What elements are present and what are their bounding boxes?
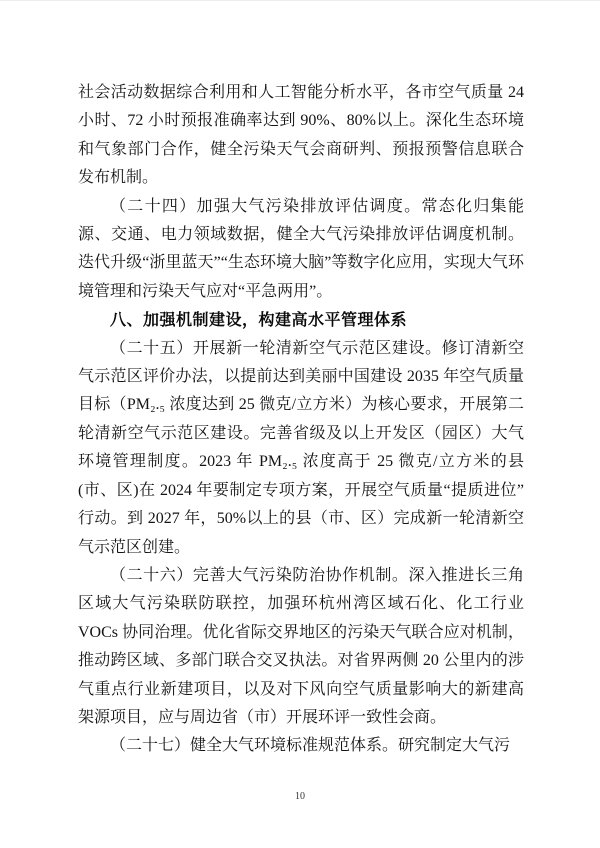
paragraph-item-26: （二十六）完善大气污染防治协作机制。深入推进长三角区域大气污染联防联控，加强环杭… — [78, 562, 524, 732]
document-page: 社会活动数据综合利用和人工智能分析水平，各市空气质量 24 小时、72 小时预报… — [0, 0, 600, 848]
paragraph-item-27: （二十七）健全大气环境标准规范体系。研究制定大气污 — [78, 732, 524, 760]
section-heading-8: 八、加强机制建设，构建高水平管理体系 — [78, 306, 524, 334]
document-text-block: 社会活动数据综合利用和人工智能分析水平，各市空气质量 24 小时、72 小时预报… — [78, 79, 524, 761]
paragraph-continuation: 社会活动数据综合利用和人工智能分析水平，各市空气质量 24 小时、72 小时预报… — [78, 79, 524, 193]
paragraph-item-25: （二十五）开展新一轮清新空气示范区建设。修订清新空气示范区评价办法，以提前达到美… — [78, 335, 524, 562]
paragraph-item-24: （二十四）加强大气污染排放评估调度。常态化归集能源、交通、电力领域数据，健全大气… — [78, 193, 524, 307]
page-number: 10 — [0, 791, 600, 802]
